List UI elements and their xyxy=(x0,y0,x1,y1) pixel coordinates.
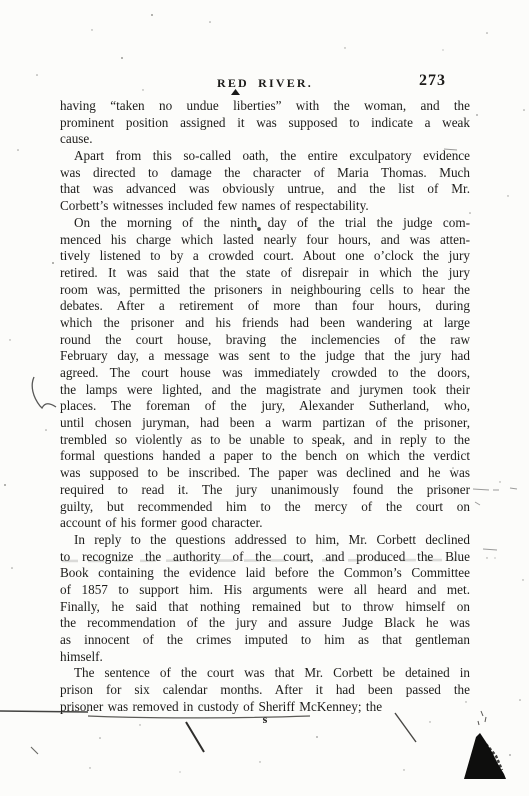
body-line: himself. xyxy=(60,649,470,666)
body-line: tively listened to by a crowded court. A… xyxy=(60,248,470,265)
body-line: which the prisoner and his friends had b… xyxy=(60,315,470,332)
page-header: RED RIVER. 273 xyxy=(60,74,470,96)
body-line: The sentence of the court was that Mr. C… xyxy=(60,665,470,682)
pen-slash xyxy=(31,747,38,754)
body-line: until chosen juryman, had been a warm pa… xyxy=(60,415,470,432)
page-number: 273 xyxy=(419,72,446,90)
body-line: to recognize the authority of the court,… xyxy=(60,549,470,566)
pen-ticks xyxy=(478,711,486,725)
body-line: On the morning of the ninth day of the t… xyxy=(60,215,470,232)
corner-shadow-triangle xyxy=(464,733,506,779)
body-line: the lamps were lighted, and the magistra… xyxy=(60,382,470,399)
body-line: prominent position assigned it was suppo… xyxy=(60,115,470,132)
body-line: In reply to the questions addressed to h… xyxy=(60,532,470,549)
body-line: guilty, but recommended him to the mercy… xyxy=(60,499,470,516)
body-line: retired. It was said that the state of d… xyxy=(60,265,470,282)
corner-shadow-fray xyxy=(486,744,502,770)
body-line: having “taken no undue liberties” with t… xyxy=(60,98,470,115)
signature-mark: s xyxy=(60,712,470,727)
body-line: Finally, he said that nothing remained b… xyxy=(60,599,470,616)
pen-checkmark xyxy=(32,377,56,408)
body-line: account of his former good character. xyxy=(60,515,470,532)
body-line: was directed to damage the character of … xyxy=(60,165,470,182)
body-line: room was, permitted the prisoners in nei… xyxy=(60,282,470,299)
body-line: cause. xyxy=(60,131,470,148)
body-line: Apart from this so-called oath, the enti… xyxy=(60,148,470,165)
body-line: Book containing the evidence laid before… xyxy=(60,565,470,582)
book-page: RED RIVER. 273 having “taken no undue li… xyxy=(0,0,529,796)
body-line: required to read it. The jury unanimousl… xyxy=(60,482,470,499)
running-title: RED RIVER. xyxy=(60,76,470,91)
body-line: round the court house, braving the incle… xyxy=(60,332,470,349)
body-text: having “taken no undue liberties” with t… xyxy=(60,98,470,715)
body-line: menced his charge which lasted nearly fo… xyxy=(60,232,470,249)
body-line: debates. After a retirement of more than… xyxy=(60,298,470,315)
body-line: that was advanced was obviously untrue, … xyxy=(60,181,470,198)
body-line: February day, a message was sent to the … xyxy=(60,348,470,365)
body-line: formal questions handed a paper to the b… xyxy=(60,448,470,465)
body-line: places. The foreman of the jury, Alexand… xyxy=(60,398,470,415)
body-line: Corbett’s witnesses included few names o… xyxy=(60,198,470,215)
body-line: of 1857 to support him. His arguments we… xyxy=(60,582,470,599)
body-line: the recommendation of the jury and assur… xyxy=(60,615,470,632)
body-line: agreed. The court house was immediately … xyxy=(60,365,470,382)
body-line: trembled so violently as to be unable to… xyxy=(60,432,470,449)
body-line: prison for six calendar months. After it… xyxy=(60,682,470,699)
body-line: was supposed to be inscribed. The paper … xyxy=(60,465,470,482)
body-line: as innocent of the crimes imputed to him… xyxy=(60,632,470,649)
